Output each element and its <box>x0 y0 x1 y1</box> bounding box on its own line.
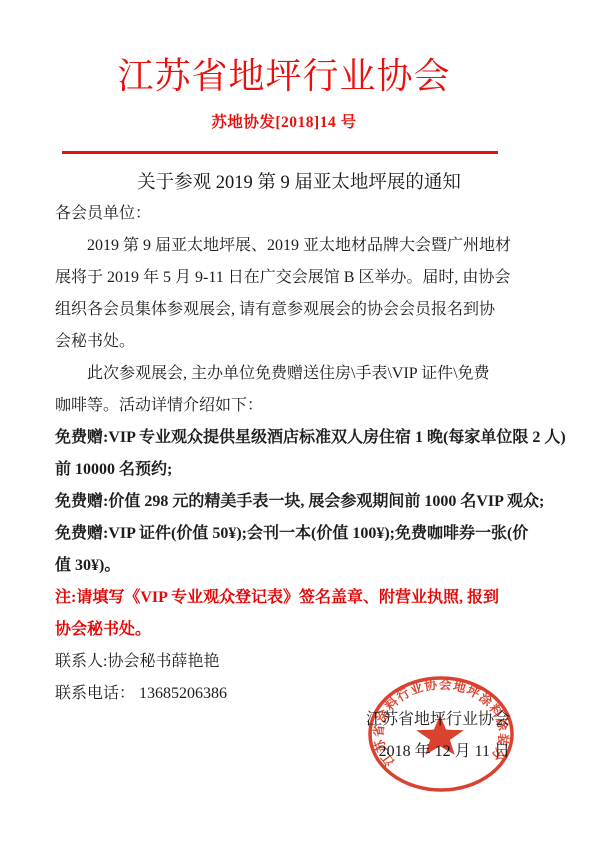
doc-number: 苏地协发[2018]14 号 <box>55 112 513 134</box>
body-line: 展将于 2019 年 5 月 9-11 日在广交会展馆 B 区举办。届时, 由协… <box>55 262 513 294</box>
body-line: 会秘书处。 <box>55 326 513 358</box>
body-line: 2019 第 9 届亚太地坪展、2019 亚太地材品牌大会暨广州地材 <box>55 230 513 262</box>
body-line: 前 10000 名预约; <box>55 454 513 486</box>
body-line: 值 30¥)。 <box>55 550 513 582</box>
signature-date: 2018 年 12 月 11 日 <box>55 736 510 768</box>
document-page: 江苏省地坪行业协会 苏地协发[2018]14 号 关于参观 2019 第 9 届… <box>0 0 600 848</box>
body-line: 免费赠:VIP 专业观众提供星级酒店标准双人房住宿 1 晚(每家单位限 2 人) <box>55 422 513 454</box>
body-line: 各会员单位： <box>55 198 513 230</box>
body-line: 联系人:协会秘书薛艳艳 <box>55 646 513 678</box>
notice-title: 关于参观 2019 第 9 届亚太地坪展的通知 <box>70 168 528 198</box>
body-line: 组织各会员集体参观展会, 请有意参观展会的协会会员报名到协 <box>55 294 513 326</box>
signature-block: 江苏省地坪行业协会 2018 年 12 月 11 日 <box>55 704 513 768</box>
body-line: 免费赠:VIP 证件(价值 50¥);会刊一本(价值 100¥);免费咖啡券一张… <box>55 518 513 550</box>
document-content: 江苏省地坪行业协会 苏地协发[2018]14 号 关于参观 2019 第 9 届… <box>55 0 513 768</box>
body-line: 协会秘书处。 <box>55 614 513 646</box>
body-line: 咖啡等。活动详情介绍如下： <box>55 390 513 422</box>
letterhead-org-name: 江苏省地坪行业协会 <box>55 54 513 98</box>
signature-org: 江苏省地坪行业协会 <box>55 704 510 736</box>
notice-body: 各会员单位： 2019 第 9 届亚太地坪展、2019 亚太地材品牌大会暨广州地… <box>55 198 513 710</box>
body-line: 注:请填写《VIP 专业观众登记表》签名盖章、附营业执照, 报到 <box>55 582 513 614</box>
body-line: 此次参观展会, 主办单位免费赠送住房\手表\VIP 证件\免费 <box>55 358 513 390</box>
body-line: 免费赠:价值 298 元的精美手表一块, 展会参观期间前 1000 名VIP 观… <box>55 486 513 518</box>
letterhead-divider <box>62 151 498 154</box>
